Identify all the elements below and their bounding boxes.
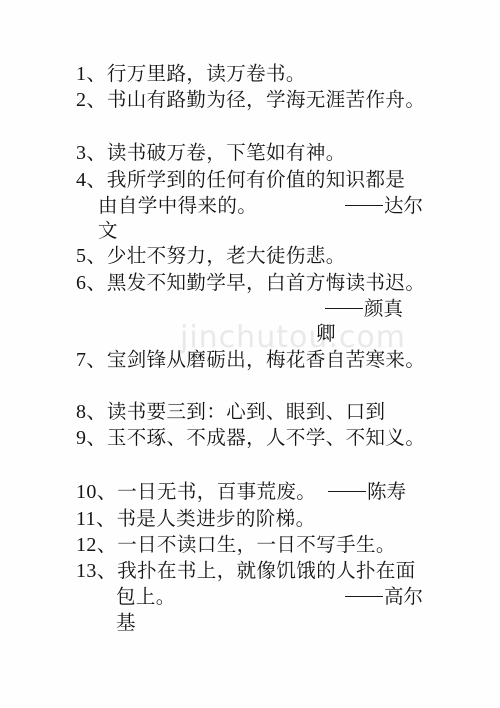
quote-item-6-author-wrap: 卿 (316, 321, 336, 347)
quote-text: 我扑在书上，就像饥饿的人扑在面 (117, 559, 416, 582)
quote-item-10-author: 陈寿 (328, 479, 406, 505)
item-number: 4、 (76, 167, 107, 193)
quote-item-9: 9、玉不琢、不成器，人不学、不知义。 (76, 425, 425, 451)
quote-item-4-author: 达尔 (345, 193, 423, 219)
quote-item-13-author: 高尔 (345, 584, 423, 610)
quote-item-4: 4、我所学到的任何有价值的知识都是 (76, 167, 405, 193)
quote-text: 读书要三到：心到、眼到、口到 (107, 400, 386, 423)
quote-item-3: 3、读书破万卷，下笔如有神。 (76, 140, 346, 166)
quote-text: 行万里路，读万卷书。 (107, 62, 306, 85)
quote-item-13: 13、我扑在书上，就像饥饿的人扑在面 (76, 558, 416, 584)
em-dash (345, 596, 383, 598)
em-dash (328, 491, 366, 493)
quote-text: 宝剑锋从磨砺出，梅花香自苦寒来。 (107, 348, 425, 371)
item-number: 1、 (76, 61, 107, 87)
em-dash (345, 205, 383, 207)
item-number: 11、 (76, 506, 116, 532)
quote-item-11: 11、书是人类进步的阶梯。 (76, 506, 315, 532)
item-number: 7、 (76, 347, 107, 373)
item-number: 10、 (76, 479, 117, 505)
quote-text: 我所学到的任何有价值的知识都是 (107, 168, 406, 191)
quote-item-5: 5、少壮不努力，老大徒伤悲。 (76, 243, 346, 269)
quote-text: 玉不琢、不成器，人不学、不知义。 (107, 426, 425, 449)
item-number: 6、 (76, 270, 107, 296)
em-dash (325, 308, 363, 310)
document-page: jinchutou.com 1、行万里路，读万卷书。 2、书山有路勤为径，学海无… (0, 0, 500, 708)
quote-text: 一日不读口生，一日不写手生。 (117, 533, 396, 556)
quote-text: 书是人类进步的阶梯。 (116, 507, 315, 530)
quote-item-12: 12、一日不读口生，一日不写手生。 (76, 532, 396, 558)
item-number: 12、 (76, 532, 117, 558)
item-number: 3、 (76, 140, 107, 166)
item-number: 9、 (76, 425, 107, 451)
quote-text: 读书破万卷，下笔如有神。 (107, 141, 346, 164)
item-number: 8、 (76, 399, 107, 425)
quote-item-6: 6、黑发不知勤学早，白首方悔读书迟。 (76, 270, 425, 296)
quote-item-6-author: 颜真 (325, 296, 403, 322)
quote-text: 黑发不知勤学早，白首方悔读书迟。 (107, 271, 425, 294)
author-name: 陈寿 (367, 480, 406, 503)
quote-text: 一日无书，百事荒废。 (117, 480, 316, 503)
quote-item-4-continuation: 由自学中得来的。 (98, 193, 257, 219)
quote-item-8: 8、读书要三到：心到、眼到、口到 (76, 399, 385, 425)
quote-item-10: 10、一日无书，百事荒废。 (76, 479, 316, 505)
item-number: 13、 (76, 558, 117, 584)
quote-text: 少壮不努力，老大徒伤悲。 (107, 244, 346, 267)
quote-item-2: 2、书山有路勤为径，学海无涯苦作舟。 (76, 87, 425, 113)
item-number: 5、 (76, 243, 107, 269)
quote-text: 书山有路勤为径，学海无涯苦作舟。 (107, 88, 425, 111)
author-name: 高尔 (384, 585, 423, 608)
item-number: 2、 (76, 87, 107, 113)
quote-item-13-continuation: 包上。 (116, 584, 176, 610)
quote-item-13-author-wrap: 基 (116, 610, 136, 636)
quote-item-7: 7、宝剑锋从磨砺出，梅花香自苦寒来。 (76, 347, 425, 373)
author-name: 颜真 (364, 297, 403, 320)
quote-item-4-author-wrap: 文 (98, 218, 118, 244)
quote-item-1: 1、行万里路，读万卷书。 (76, 61, 306, 87)
author-name: 达尔 (384, 194, 423, 217)
